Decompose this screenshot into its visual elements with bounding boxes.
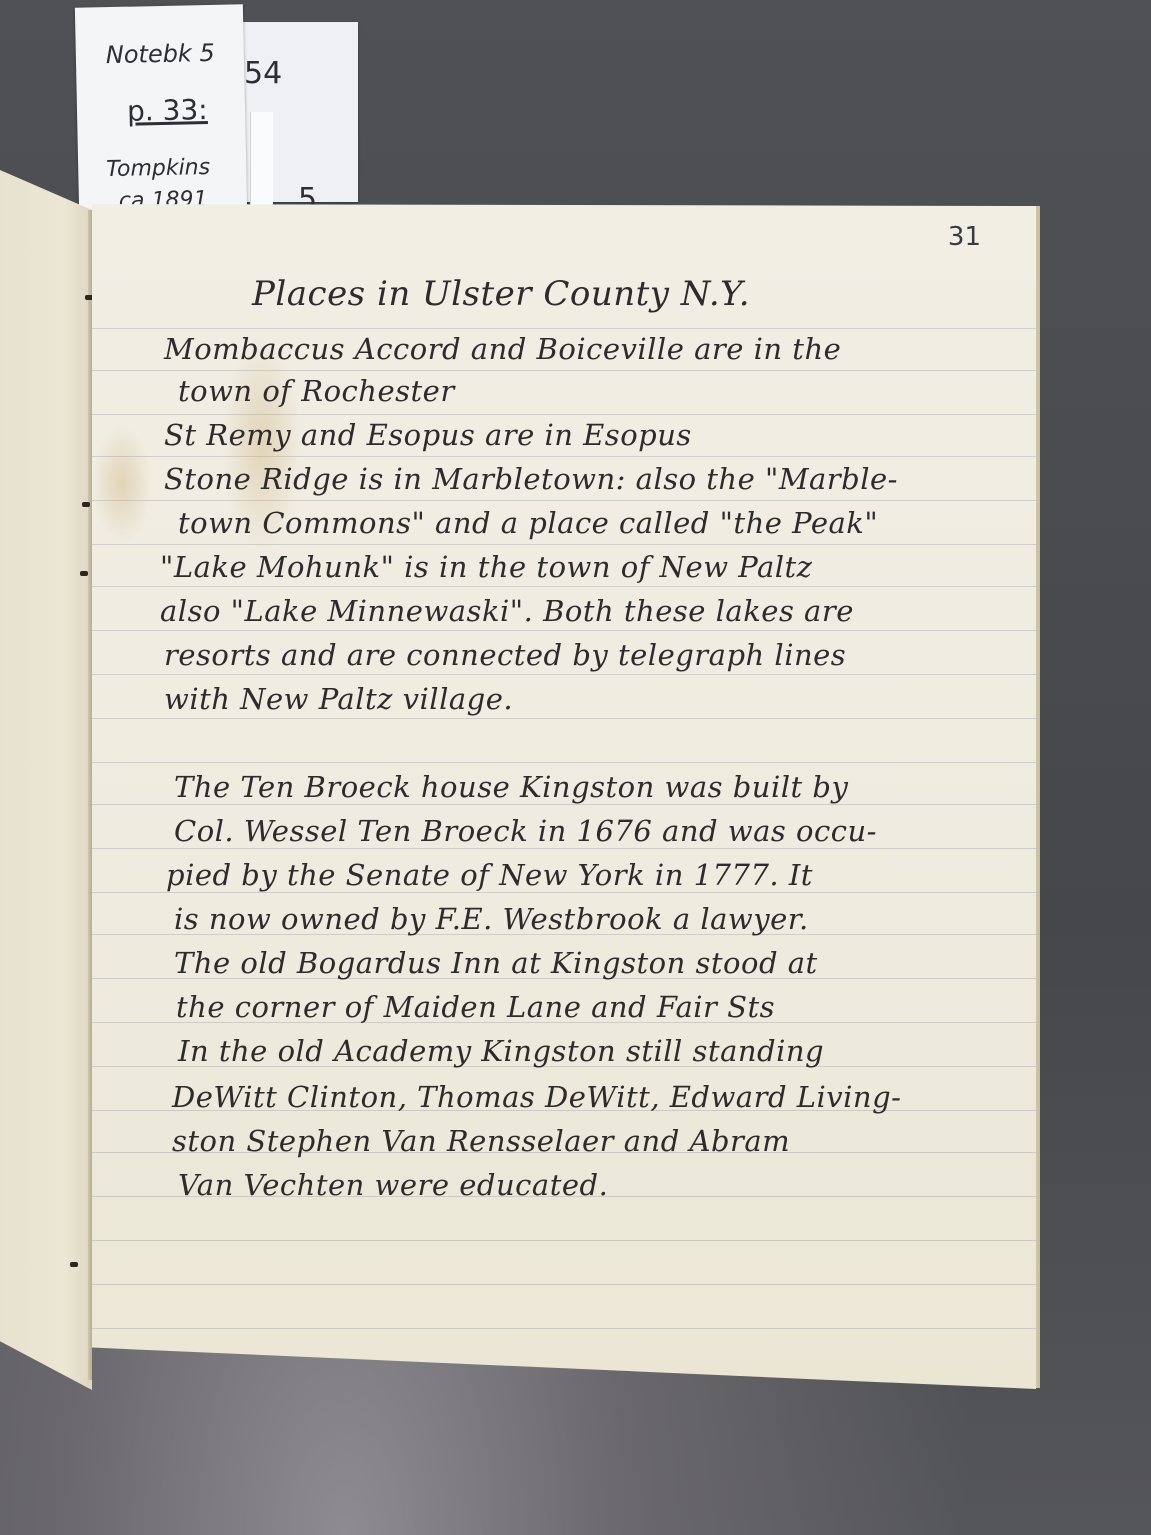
page-title: Places in Ulster County N.Y.: [252, 274, 750, 314]
text-line: town of Rochester: [178, 374, 455, 408]
slip-back-number-top: 54: [244, 56, 282, 91]
binding-stitch: [80, 571, 88, 576]
reference-slip-back: 54 5: [238, 22, 358, 202]
text-line: Col. Wessel Ten Broeck in 1676 and was o…: [174, 814, 877, 848]
notebook-page: 31 Places in Ulster County N.Y. Mombaccu…: [92, 204, 1036, 1389]
slip-back-strip: [250, 112, 273, 212]
text-line: resorts and are connected by telegraph l…: [164, 638, 846, 672]
text-line: St Remy and Esopus are in Esopus: [164, 418, 692, 452]
left-page: [0, 170, 92, 1390]
text-line: pied by the Senate of New York in 1777. …: [166, 858, 813, 892]
slip-notebook-label: Notebk 5: [106, 39, 215, 69]
slip-page-ref: p. 33:: [127, 93, 208, 128]
text-line: In the old Academy Kingston still standi…: [178, 1034, 824, 1068]
text-line: town Commons" and a place called "the Pe…: [178, 506, 878, 540]
text-line: Stone Ridge is in Marbletown: also the "…: [164, 462, 898, 496]
water-stain: [92, 424, 152, 544]
page-number: 31: [948, 222, 981, 252]
notebook-spine: [88, 210, 92, 1380]
text-line: DeWitt Clinton, Thomas DeWitt, Edward Li…: [172, 1080, 901, 1114]
text-line: ston Stephen Van Rensselaer and Abram: [172, 1124, 790, 1158]
text-line: is now owned by F.E. Westbrook a lawyer.: [174, 902, 809, 936]
reference-slip-front: Notebk 5 p. 33: Tompkins ca 1891: [75, 4, 247, 213]
binding-stitch: [70, 1262, 78, 1267]
binding-stitch: [85, 295, 93, 300]
text-line: The Ten Broeck house Kingston was built …: [174, 770, 848, 804]
text-line: The old Bogardus Inn at Kingston stood a…: [174, 946, 818, 980]
binding-stitch: [82, 502, 90, 507]
text-line: also "Lake Minnewaski". Both these lakes…: [160, 594, 854, 628]
text-line: Van Vechten were educated.: [178, 1168, 608, 1202]
text-line: with New Paltz village.: [164, 682, 513, 716]
text-line: "Lake Mohunk" is in the town of New Palt…: [160, 550, 812, 584]
text-line: the corner of Maiden Lane and Fair Sts: [176, 990, 775, 1024]
slip-author: Tompkins: [106, 155, 210, 182]
text-line: Mombaccus Accord and Boiceville are in t…: [164, 332, 841, 366]
